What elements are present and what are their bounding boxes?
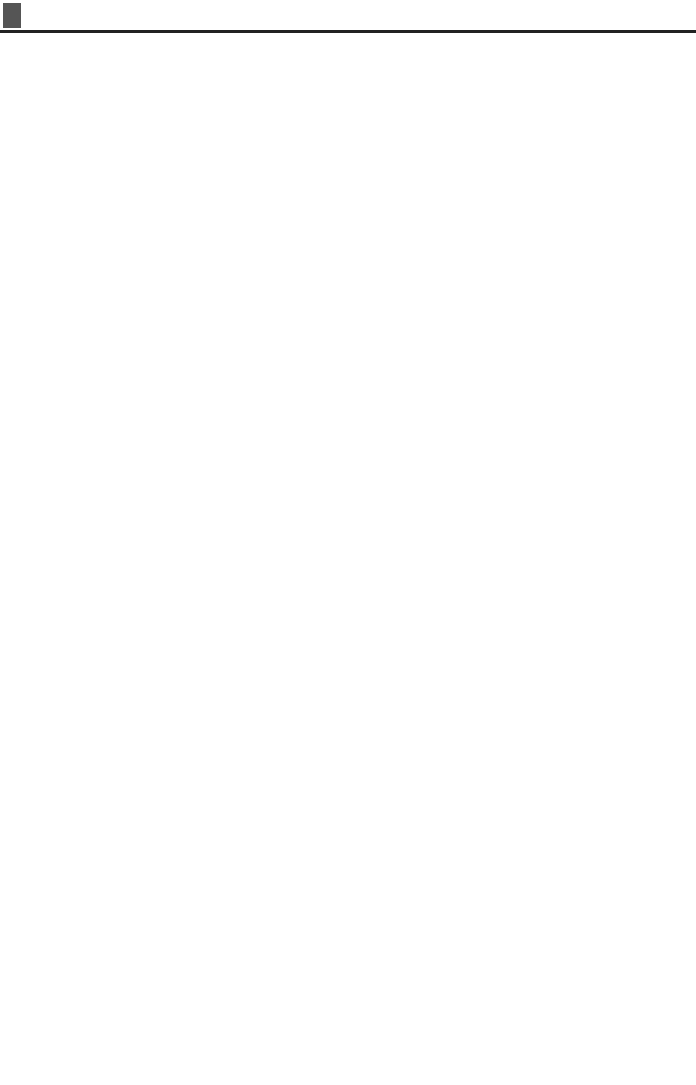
column-2 bbox=[118, 36, 226, 1079]
column-1 bbox=[4, 36, 111, 1079]
masthead bbox=[0, 0, 696, 30]
page-number bbox=[3, 3, 21, 28]
header-rule bbox=[0, 30, 696, 33]
column-4 bbox=[347, 36, 454, 1079]
column-3 bbox=[233, 36, 341, 1079]
